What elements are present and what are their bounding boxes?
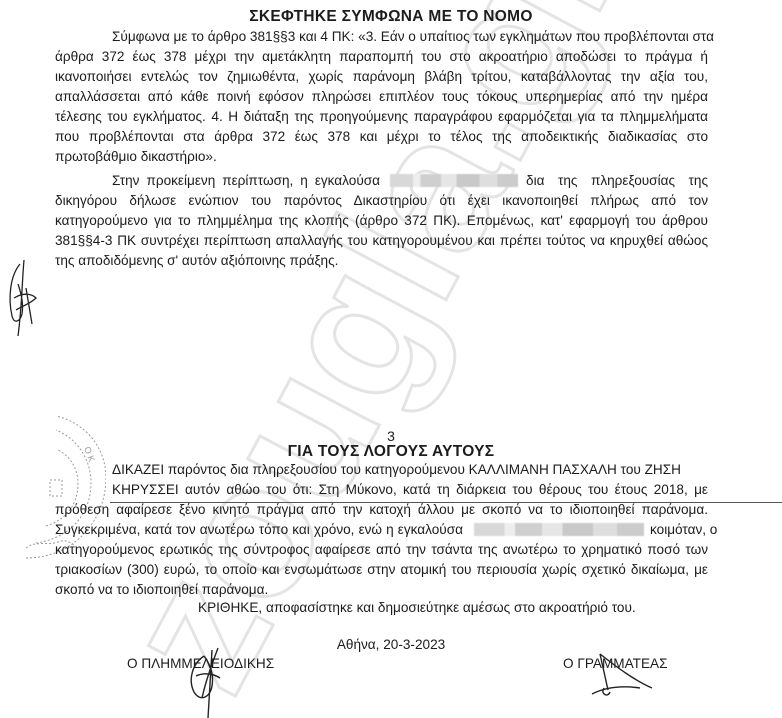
para2-line: δικηγόρου δήλωσε ενώπιον του παρόντος Δι… [55,193,708,209]
verdict-line: ΚΗΡΥΣΣΕΙ αυτόν αθώο του ότι: Στη Μύκονο,… [112,482,708,498]
verdict-line: Συγκεκριμένα, κατά τον ανωτέρω τόπο και … [55,522,463,538]
para2-line: Στην προκείμενη περίπτωση, η εγκαλούσα [112,173,380,189]
para2-line: 381§§4-3 ΠΚ συντρέχει περίπτωση απαλλαγή… [55,233,708,249]
verdict-line: τριακοσίων (300) ευρώ, το οποίο και ενσω… [55,562,708,578]
verdict-line: κατηγορούμενος ερωτικός της σύντροφος αφ… [55,542,708,558]
verdict-line: ΔΙΚΑΖΕΙ παρόντος δια πληρεξουσίου του κα… [112,462,668,478]
section-heading-reasoning: ΣΚΕΦΤΗΚΕ ΣΥΜΦΩΝΑ ΜΕ ΤΟ ΝΟΜΟ [0,8,782,26]
verdict-line: πρόθεση αφαίρεσε ξένο κινητό πράγμα από … [55,502,708,518]
para1-line: Σύμφωνα με το άρθρο 381§§3 και 4 ΠΚ: «3.… [112,29,708,45]
para1-line: απαλλάσσεται από κάθε ποινή εφόσον πληρώ… [55,89,708,105]
para1-line: τέλεσης του εγκλήματος. 4. Η διάταξη της… [55,109,708,125]
clerk-signature [578,650,658,700]
para1-line: ικανοποιήσει εντελώς τον ζημιωθέντα, χωρ… [55,69,708,85]
verdict-line: σκοπό να το ιδιοποιηθεί παράνομα. [55,582,708,598]
para2-line: δια της πληρεξουσίας της [526,173,708,189]
margin-initials-signature [6,258,42,338]
redacted-name [390,174,518,187]
verdict-line: ΚΡΙΘΗΚΕ, αποφασίστηκε και δημοσιεύτηκε α… [198,600,718,616]
para2-line: κατηγορούμενο για το πλημμέλημα της κλοπ… [55,213,708,229]
para1-line: που προβλέπονται στα άρθρα 372 έως 378 κ… [55,129,708,145]
verdict-line: κοιμόταν, ο [650,522,708,538]
court-decision-page: zougla.gr ΣΚΕΦΤΗΚΕ ΣΥΜΦΩΝΑ ΜΕ ΤΟ ΝΟΜΟ Σύ… [0,0,782,718]
section-heading-for-these-reasons: ΓΙΑ ΤΟΥΣ ΛΟΓΟΥΣ ΑΥΤΟΥΣ [0,443,782,461]
judge-signature [182,646,242,718]
place-date: Αθήνα, 20-3-2023 [0,637,782,653]
para1-line: πρωτοβάθμιο δικαστήριο». [55,149,708,165]
para2-line: της αποδιδόμενης σ' αυτόν αξιόποινης πρά… [55,253,708,269]
para1-line: άρθρα 372 έως 378 μέχρι την αμετάκλητη π… [55,49,708,65]
svg-text:Ο Κ: Ο Κ [82,445,97,463]
redacted-name [474,523,644,536]
page-number: 3 [0,428,782,444]
ruled-line [110,502,782,503]
